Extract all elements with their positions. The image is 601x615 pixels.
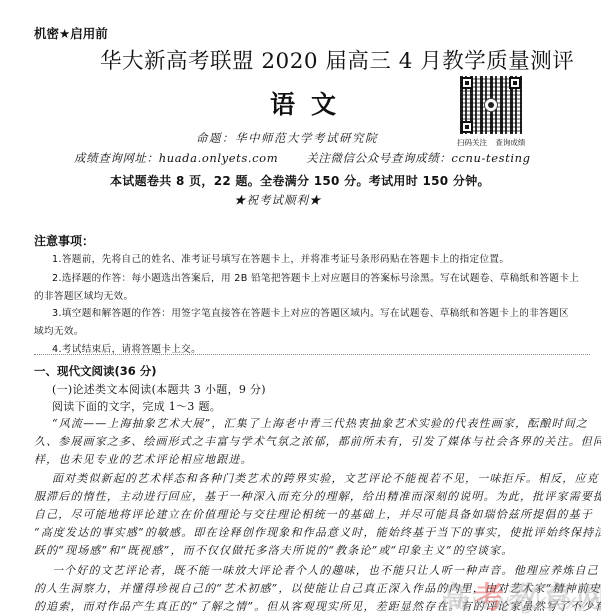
score-query-url: 成绩查询网址：huada.onlyets.com bbox=[74, 151, 278, 165]
passage-line: 久、参展画家之多、绘画形式之丰富与学术气氛之浓郁，都前所未有，引发了媒体与社会各… bbox=[34, 433, 601, 449]
notice-item: 域均无效。 bbox=[34, 323, 84, 337]
notice-item: 2.选择题的作答：每小题选出答案后，用 2B 铅笔把答题卡上对应题目的答案标号涂… bbox=[52, 270, 579, 284]
dotted-divider bbox=[34, 354, 590, 355]
qr-caption: 扫码关注 查询成绩 bbox=[457, 137, 525, 148]
good-luck-line: ★祝考试顺利★ bbox=[234, 192, 322, 208]
exam-title: 华大新高考联盟 2020 届高三 4 月教学质量测评 bbox=[100, 44, 574, 75]
qr-finder-icon bbox=[461, 121, 473, 133]
wechat-query: 关注微信公众号查询成绩：ccnu-testing bbox=[306, 151, 530, 165]
qr-finder-icon bbox=[461, 77, 473, 89]
notice-item: 的非答题区域均无效。 bbox=[34, 288, 133, 302]
qr-logo-icon bbox=[484, 98, 498, 112]
qr-finder-icon bbox=[509, 77, 521, 89]
notice-item: 1.答题前，先将自己的姓名、准考证号填写在答题卡上，并将准考证号条形码贴在答题卡… bbox=[52, 251, 509, 265]
qr-code-icon[interactable] bbox=[460, 76, 522, 134]
passage-line: “高度发达的事实感”的敏感。即在诠释创作现象和作品意义时，能始终基于当下的事实，… bbox=[34, 524, 601, 540]
exam-info: 本试题卷共 8 页，22 题。全卷满分 150 分。考试用时 150 分钟。 bbox=[110, 172, 490, 189]
passage-line: 跃的“现场感”和“既视感”，而不仅仅做托多洛夫所说的“教条论”或“印象主义”的空… bbox=[34, 542, 513, 558]
passage-line: “风流——上海抽象艺术大展”，汇集了上海老中青三代热衷抽象艺术实验的代表性画家，… bbox=[52, 415, 588, 431]
section-title: 一、现代文阅读(36 分) bbox=[34, 363, 157, 379]
passage-line: 自己，尽可能地将评论建立在价值理论与交往理论相统一的基础上，并尽可能具备如瑞恰兹… bbox=[34, 506, 593, 522]
subject-title: 语文 bbox=[270, 85, 352, 121]
confidential-label: 机密★启用前 bbox=[34, 24, 108, 42]
subsection-title: (一)论述类文本阅读(本题共 3 小题，9 分) bbox=[52, 381, 266, 397]
notice-title: 注意事项： bbox=[34, 232, 94, 249]
passage-line: 面对类似新起的艺术样态和各种门类艺术的跨界实验，文艺评论不能视若不见，一味拒斥。… bbox=[52, 470, 599, 486]
passage-line: 样，也未见专业的艺术评论相应地跟进。 bbox=[34, 451, 253, 467]
watermark-url: www.gkxx.com bbox=[452, 590, 601, 615]
notice-item: 4.考试结束后，请将答题卡上交。 bbox=[52, 341, 201, 355]
query-line: 成绩查询网址：huada.onlyets.com关注微信公众号查询成绩：ccnu… bbox=[74, 150, 531, 166]
proposer-line: 命题：华中师范大学考试研究院 bbox=[196, 130, 378, 146]
reading-instruction: 阅读下面的文字，完成 1～3 题。 bbox=[52, 398, 221, 414]
passage-line: 服滞后的惰性，主动进行回应，基于一种深入而充分的理解，给出精准而深刻的说明。为此… bbox=[34, 488, 601, 504]
notice-item: 3.填空题和解答题的作答：用签字笔直接答在答题卡上对应的答题区域内。写在试题卷、… bbox=[52, 305, 569, 319]
